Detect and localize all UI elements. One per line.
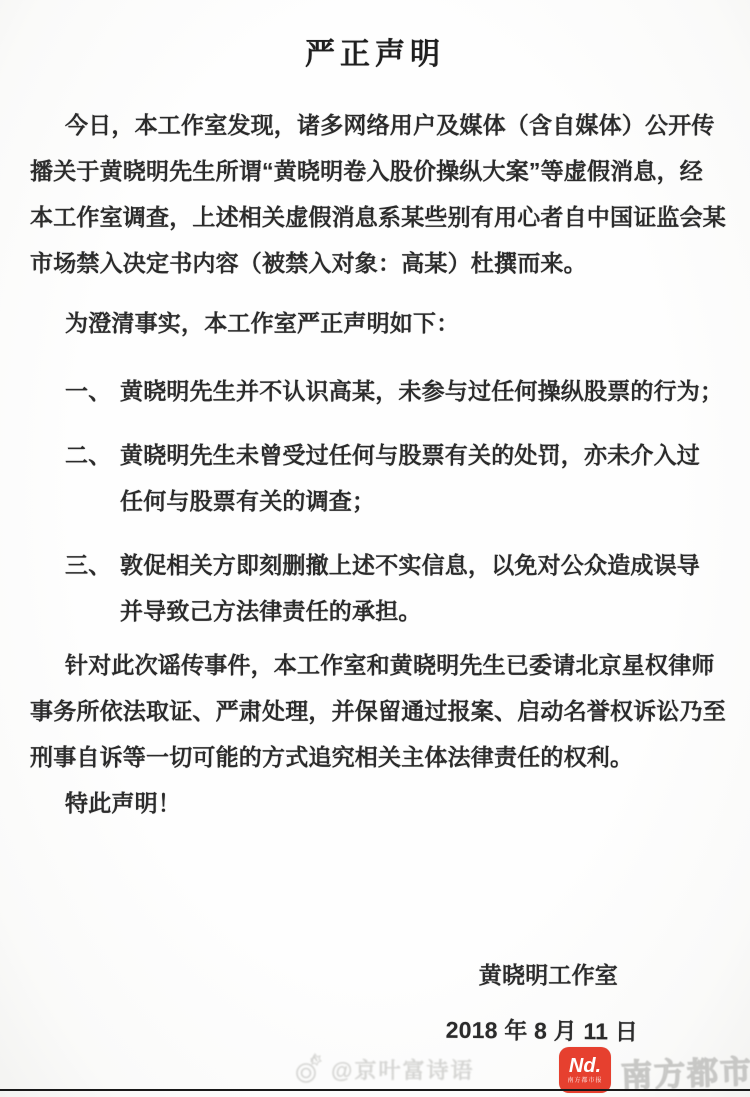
paragraph-1-line-3: 本工作室调查，上述相关虚假消息系某些别有用心者自中国证监会某 (30, 194, 720, 240)
nandu-app-logo-text: Nd. (569, 1055, 601, 1077)
paragraph-1: 今日，本工作室发现，诸多网络用户及媒体（含自媒体）公开传 播关于黄晓明先生所谓“… (30, 102, 720, 286)
paragraph-3-line-2: 事务所依法取证、严肃处理，并保留通过报案、启动名誉权诉讼乃至 (30, 688, 720, 734)
paragraph-3-line-3: 刑事自诉等一切可能的方式追究相关主体法律责任的权利。 (30, 734, 720, 780)
news-brand-watermark: Nd. 南方都市报 南方都市报 (559, 1047, 750, 1093)
item-1-number: 一、 (65, 368, 120, 414)
center-watermark: @京叶富诗语 (293, 1052, 474, 1086)
item-1-text: 黄晓明先生并不认识高某，未参与过任何操纵股票的行为； (120, 368, 723, 414)
nandu-app-subtext: 南方都市报 (567, 1077, 602, 1085)
center-watermark-text: @京叶富诗语 (331, 1054, 474, 1085)
statement-document: 严正声明 今日，本工作室发现，诸多网络用户及媒体（含自媒体）公开传 播关于黄晓明… (0, 0, 750, 1097)
item-3-line-1: 敦促相关方即刻删撤上述不实信息，以免对公众造成误导 (120, 542, 720, 588)
paragraph-1-line-4: 市场禁入决定书内容（被禁入对象：高某）杜撰而来。 (30, 240, 720, 286)
paragraph-2: 为澄清事实，本工作室严正声明如下： (30, 300, 720, 346)
item-1: 一、 黄晓明先生并不认识高某，未参与过任何操纵股票的行为； (30, 368, 720, 414)
item-2-line-2: 任何与股票有关的调查； (120, 478, 720, 524)
item-3-text: 敦促相关方即刻删撤上述不实信息，以免对公众造成误导 并导致己方法律责任的承担。 (120, 542, 720, 634)
paragraph-3-line-1: 针对此次谣传事件，本工作室和黄晓明先生已委请北京星权律师 (30, 642, 720, 688)
paragraph-1-line-2: 播关于黄晓明先生所谓“黄晓明卷入股价操纵大案”等虚假消息，经 (30, 148, 720, 194)
item-2-number: 二、 (65, 432, 120, 478)
item-2-text: 黄晓明先生未曾受过任何与股票有关的处罚，亦未介入过 任何与股票有关的调查； (120, 432, 720, 524)
bottom-divider-line (0, 1089, 750, 1091)
numbered-items: 一、 黄晓明先生并不认识高某，未参与过任何操纵股票的行为； 二、 黄晓明先生未曾… (30, 368, 720, 634)
document-title: 严正声明 (30, 0, 720, 80)
item-3: 三、 敦促相关方即刻删撤上述不实信息，以免对公众造成误导 并导致己方法律责任的承… (30, 542, 720, 634)
paragraph-3: 针对此次谣传事件，本工作室和黄晓明先生已委请北京星权律师 事务所依法取证、严肃处… (30, 642, 720, 780)
paragraph-2-line-1: 为澄清事实，本工作室严正声明如下： (30, 300, 720, 346)
item-2: 二、 黄晓明先生未曾受过任何与股票有关的处罚，亦未介入过 任何与股票有关的调查； (30, 432, 720, 524)
paragraph-1-line-1: 今日，本工作室发现，诸多网络用户及媒体（含自媒体）公开传 (30, 102, 720, 148)
closing-line: 特此声明！ (30, 780, 720, 826)
nandu-app-icon: Nd. 南方都市报 (559, 1047, 611, 1093)
item-1-line-1: 黄晓明先生并不认识高某，未参与过任何操纵股票的行为； (120, 378, 723, 404)
signature: 黄晓明工作室 (30, 952, 720, 998)
item-3-number: 三、 (65, 542, 120, 588)
item-2-line-1: 黄晓明先生未曾受过任何与股票有关的处罚，亦未介入过 (120, 432, 720, 478)
mascot-icon (293, 1052, 323, 1086)
news-brand-outline-text: 南方都市报 (620, 1045, 750, 1096)
document-body: 严正声明 今日，本工作室发现，诸多网络用户及媒体（含自媒体）公开传 播关于黄晓明… (0, 0, 750, 1052)
closing-statement: 特此声明！ (30, 780, 720, 826)
item-3-line-2: 并导致己方法律责任的承担。 (120, 588, 720, 634)
